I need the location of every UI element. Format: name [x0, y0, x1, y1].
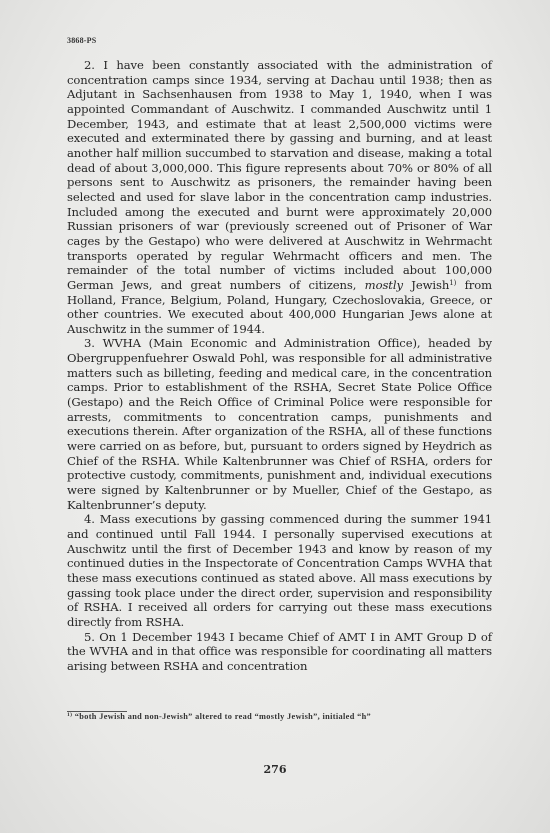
paragraph-5: 5. On 1 December 1943 I became Chief of … [67, 630, 492, 674]
document-id: 3868-PS [67, 36, 96, 45]
body-text: 2. I have been constantly associated wit… [67, 58, 492, 674]
footnote: 1) “both Jewish and non-Jewish” altered … [67, 712, 497, 721]
footnote-text: “both Jewish and non-Jewish” altered to … [75, 712, 371, 721]
italic-word: mostly [365, 278, 403, 292]
paragraph-3: 3. WVHA (Main Economic and Administratio… [67, 336, 492, 512]
document-page: 3868-PS 2. I have been constantly associ… [0, 0, 550, 833]
paragraph-4: 4. Mass executions by gassing commenced … [67, 512, 492, 629]
footnote-mark: 1) [67, 712, 72, 718]
paragraph-2-text: 2. I have been constantly associated wit… [67, 58, 492, 292]
paragraph-2: 2. I have been constantly associated wit… [67, 58, 492, 336]
page-number: 276 [0, 763, 550, 776]
paragraph-2-jewish: Jewish [411, 278, 449, 292]
